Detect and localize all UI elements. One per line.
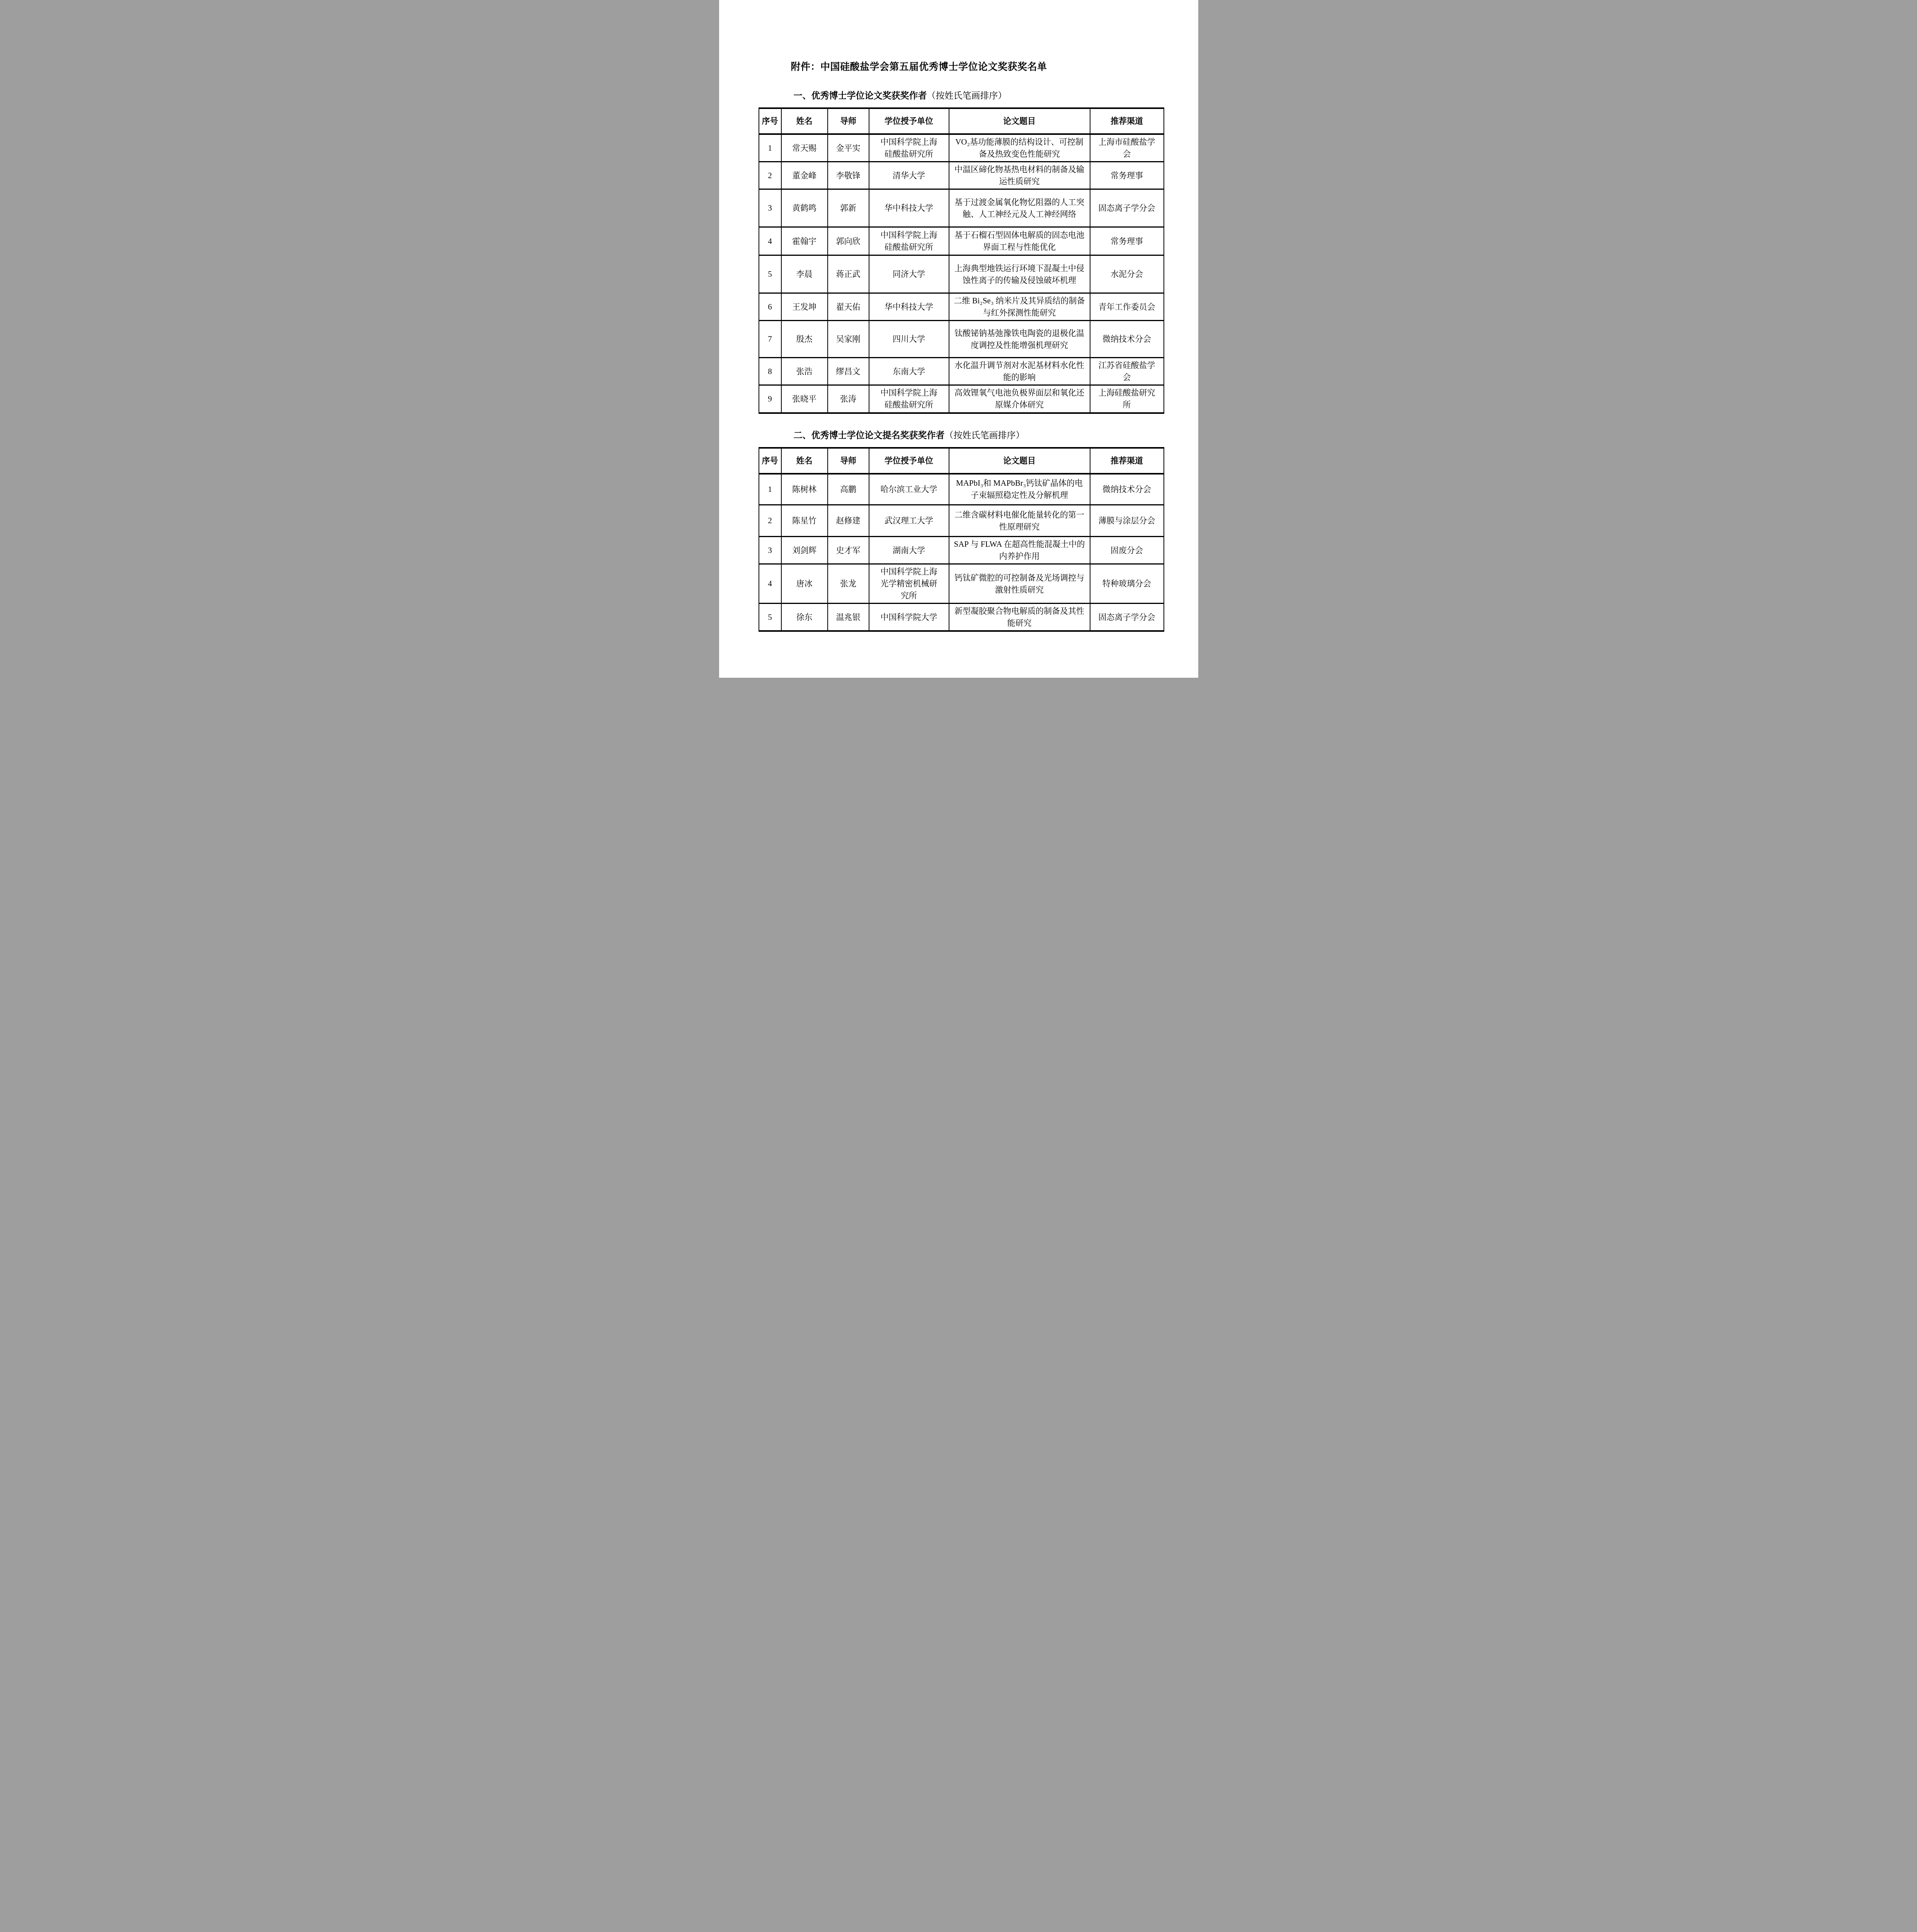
cell-index: 3 [759, 189, 781, 227]
cell-index: 4 [759, 564, 781, 604]
cell-institution: 武汉理工大学 [869, 505, 949, 537]
cell-channel: 特种玻璃分会 [1090, 564, 1164, 604]
cell-index: 8 [759, 358, 781, 385]
column-header-advisor: 导师 [828, 108, 869, 134]
column-header-name: 姓名 [781, 108, 828, 134]
cell-advisor: 高鹏 [828, 474, 869, 505]
cell-channel: 微纳技术分会 [1090, 474, 1164, 505]
cell-advisor: 史才军 [828, 537, 869, 564]
cell-institution: 同济大学 [869, 255, 949, 293]
table-row: 1 陈树林 高鹏 哈尔滨工业大学 MAPbI₃和 MAPbBr₃钙钛矿晶体的电子… [759, 474, 1164, 505]
column-header-channel: 推荐渠道 [1090, 448, 1164, 474]
cell-name: 董金峰 [781, 162, 828, 189]
table-row: 2 董金峰 李敬锋 清华大学 中温区碲化物基热电材料的制备及输运性质研究 常务理… [759, 162, 1164, 189]
cell-index: 1 [759, 134, 781, 162]
cell-institution: 中国科学院上海硅酸盐研究所 [869, 227, 949, 255]
cell-index: 1 [759, 474, 781, 505]
cell-index: 3 [759, 537, 781, 564]
cell-thesis-title: VO₂基功能薄膜的结构设计、可控制备及热致变色性能研究 [949, 134, 1090, 162]
cell-channel: 上海市硅酸盐学会 [1090, 134, 1164, 162]
cell-channel: 常务理事 [1090, 227, 1164, 255]
table-row: 9 张晓平 张涛 中国科学院上海硅酸盐研究所 高效锂氧气电池负极界面层和氧化还原… [759, 385, 1164, 413]
cell-index: 6 [759, 293, 781, 321]
cell-channel: 微纳技术分会 [1090, 321, 1164, 358]
cell-thesis-title: 新型凝胶聚合物电解质的制备及其性能研究 [949, 604, 1090, 631]
cell-institution: 中国科学院上海硅酸盐研究所 [869, 385, 949, 413]
cell-name: 陈树林 [781, 474, 828, 505]
section-2-heading-note: （按姓氏笔画排序） [945, 430, 1025, 440]
cell-name: 徐东 [781, 604, 828, 631]
cell-channel: 固态离子学分会 [1090, 604, 1164, 631]
table-header-row: 序号 姓名 导师 学位授予单位 论文题目 推荐渠道 [759, 448, 1164, 474]
cell-index: 4 [759, 227, 781, 255]
cell-thesis-title: 基于石榴石型固体电解质的固态电池界面工程与性能优化 [949, 227, 1090, 255]
table-header-row: 序号 姓名 导师 学位授予单位 论文题目 推荐渠道 [759, 108, 1164, 134]
section-2-heading: 二、优秀博士学位论文提名奖获奖作者（按姓氏笔画排序） [794, 429, 1198, 442]
section-1-heading: 一、优秀博士学位论文奖获奖作者（按姓氏笔画排序） [794, 90, 1198, 102]
cell-thesis-title: 水化温升调节剂对水泥基材料水化性能的影响 [949, 358, 1090, 385]
section-2-heading-text: 二、优秀博士学位论文提名奖获奖作者 [794, 430, 945, 440]
cell-advisor: 吴家刚 [828, 321, 869, 358]
cell-institution: 清华大学 [869, 162, 949, 189]
cell-advisor: 金平实 [828, 134, 869, 162]
award-winners-table: 序号 姓名 导师 学位授予单位 论文题目 推荐渠道 1 常天赐 金平实 中国科学… [759, 107, 1164, 414]
cell-name: 唐冰 [781, 564, 828, 604]
document-title: 附件：中国硅酸盐学会第五届优秀博士学位论文奖获奖名单 [791, 60, 1198, 74]
cell-advisor: 郭向欣 [828, 227, 869, 255]
cell-advisor: 蒋正武 [828, 255, 869, 293]
cell-name: 殷杰 [781, 321, 828, 358]
column-header-institution: 学位授予单位 [869, 108, 949, 134]
cell-index: 7 [759, 321, 781, 358]
cell-thesis-title: 二维 Bi₂Se₃ 纳米片及其异质结的制备与红外探测性能研究 [949, 293, 1090, 321]
cell-index: 9 [759, 385, 781, 413]
cell-institution: 中国科学院上海光学精密机械研究所 [869, 564, 949, 604]
cell-advisor: 张龙 [828, 564, 869, 604]
cell-name: 刘剑辉 [781, 537, 828, 564]
cell-advisor: 张涛 [828, 385, 869, 413]
cell-channel: 常务理事 [1090, 162, 1164, 189]
cell-thesis-title: 高效锂氧气电池负极界面层和氧化还原媒介体研究 [949, 385, 1090, 413]
table-row: 3 刘剑辉 史才军 湖南大学 SAP 与 FLWA 在超高性能混凝土中的内养护作… [759, 537, 1164, 564]
table-row: 4 唐冰 张龙 中国科学院上海光学精密机械研究所 钙钛矿微腔的可控制备及光场调控… [759, 564, 1164, 604]
cell-channel: 固废分会 [1090, 537, 1164, 564]
table-row: 4 霍翰宇 郭向欣 中国科学院上海硅酸盐研究所 基于石榴石型固体电解质的固态电池… [759, 227, 1164, 255]
column-header-advisor: 导师 [828, 448, 869, 474]
table-row: 8 张浩 缪昌文 东南大学 水化温升调节剂对水泥基材料水化性能的影响 江苏省硅酸… [759, 358, 1164, 385]
cell-thesis-title: 钙钛矿微腔的可控制备及光场调控与激射性质研究 [949, 564, 1090, 604]
cell-channel: 青年工作委员会 [1090, 293, 1164, 321]
table-row: 7 殷杰 吴家刚 四川大学 钛酸铋钠基弛豫铁电陶瓷的退极化温度调控及性能增强机理… [759, 321, 1164, 358]
cell-name: 陈星竹 [781, 505, 828, 537]
cell-index: 2 [759, 505, 781, 537]
cell-name: 李晨 [781, 255, 828, 293]
column-header-institution: 学位授予单位 [869, 448, 949, 474]
section-1-heading-note: （按姓氏笔画排序） [927, 91, 1007, 100]
cell-index: 5 [759, 255, 781, 293]
cell-name: 黄鹤鸣 [781, 189, 828, 227]
cell-institution: 东南大学 [869, 358, 949, 385]
section-1-heading-text: 一、优秀博士学位论文奖获奖作者 [794, 91, 927, 100]
cell-advisor: 李敬锋 [828, 162, 869, 189]
table-row: 6 王发坤 翟天佑 华中科技大学 二维 Bi₂Se₃ 纳米片及其异质结的制备与红… [759, 293, 1164, 321]
cell-advisor: 温兆银 [828, 604, 869, 631]
cell-name: 霍翰宇 [781, 227, 828, 255]
cell-channel: 固态离子学分会 [1090, 189, 1164, 227]
table-row: 5 李晨 蒋正武 同济大学 上海典型地铁运行环境下混凝土中侵蚀性离子的传输及侵蚀… [759, 255, 1164, 293]
cell-name: 张浩 [781, 358, 828, 385]
column-header-index: 序号 [759, 448, 781, 474]
cell-name: 常天赐 [781, 134, 828, 162]
cell-channel: 薄膜与涂层分会 [1090, 505, 1164, 537]
cell-thesis-title: SAP 与 FLWA 在超高性能混凝土中的内养护作用 [949, 537, 1090, 564]
cell-institution: 中国科学院上海硅酸盐研究所 [869, 134, 949, 162]
cell-advisor: 郭新 [828, 189, 869, 227]
cell-index: 2 [759, 162, 781, 189]
cell-channel: 水泥分会 [1090, 255, 1164, 293]
cell-advisor: 翟天佑 [828, 293, 869, 321]
cell-channel: 上海硅酸盐研究所 [1090, 385, 1164, 413]
cell-index: 5 [759, 604, 781, 631]
cell-name: 张晓平 [781, 385, 828, 413]
column-header-name: 姓名 [781, 448, 828, 474]
cell-institution: 湖南大学 [869, 537, 949, 564]
table-row: 3 黄鹤鸣 郭新 华中科技大学 基于过渡金属氧化物忆阻器的人工突触、人工神经元及… [759, 189, 1164, 227]
cell-advisor: 缪昌文 [828, 358, 869, 385]
cell-thesis-title: 二维含碳材料电催化能量转化的第一性原理研究 [949, 505, 1090, 537]
cell-institution: 华中科技大学 [869, 189, 949, 227]
cell-thesis-title: 基于过渡金属氧化物忆阻器的人工突触、人工神经元及人工神经网络 [949, 189, 1090, 227]
cell-thesis-title: 上海典型地铁运行环境下混凝土中侵蚀性离子的传输及侵蚀破坏机理 [949, 255, 1090, 293]
cell-institution: 四川大学 [869, 321, 949, 358]
column-header-thesis-title: 论文题目 [949, 448, 1090, 474]
cell-thesis-title: MAPbI₃和 MAPbBr₃钙钛矿晶体的电子束辐照稳定性及分解机理 [949, 474, 1090, 505]
cell-channel: 江苏省硅酸盐学会 [1090, 358, 1164, 385]
document-page: 附件：中国硅酸盐学会第五届优秀博士学位论文奖获奖名单 一、优秀博士学位论文奖获奖… [719, 0, 1198, 678]
table-row: 2 陈星竹 赵修建 武汉理工大学 二维含碳材料电催化能量转化的第一性原理研究 薄… [759, 505, 1164, 537]
nomination-award-table: 序号 姓名 导师 学位授予单位 论文题目 推荐渠道 1 陈树林 高鹏 哈尔滨工业… [759, 447, 1164, 632]
column-header-channel: 推荐渠道 [1090, 108, 1164, 134]
cell-name: 王发坤 [781, 293, 828, 321]
cell-institution: 中国科学院大学 [869, 604, 949, 631]
column-header-index: 序号 [759, 108, 781, 134]
table-row: 1 常天赐 金平实 中国科学院上海硅酸盐研究所 VO₂基功能薄膜的结构设计、可控… [759, 134, 1164, 162]
cell-thesis-title: 中温区碲化物基热电材料的制备及输运性质研究 [949, 162, 1090, 189]
column-header-thesis-title: 论文题目 [949, 108, 1090, 134]
cell-institution: 华中科技大学 [869, 293, 949, 321]
cell-thesis-title: 钛酸铋钠基弛豫铁电陶瓷的退极化温度调控及性能增强机理研究 [949, 321, 1090, 358]
cell-advisor: 赵修建 [828, 505, 869, 537]
cell-institution: 哈尔滨工业大学 [869, 474, 949, 505]
table-row: 5 徐东 温兆银 中国科学院大学 新型凝胶聚合物电解质的制备及其性能研究 固态离… [759, 604, 1164, 631]
